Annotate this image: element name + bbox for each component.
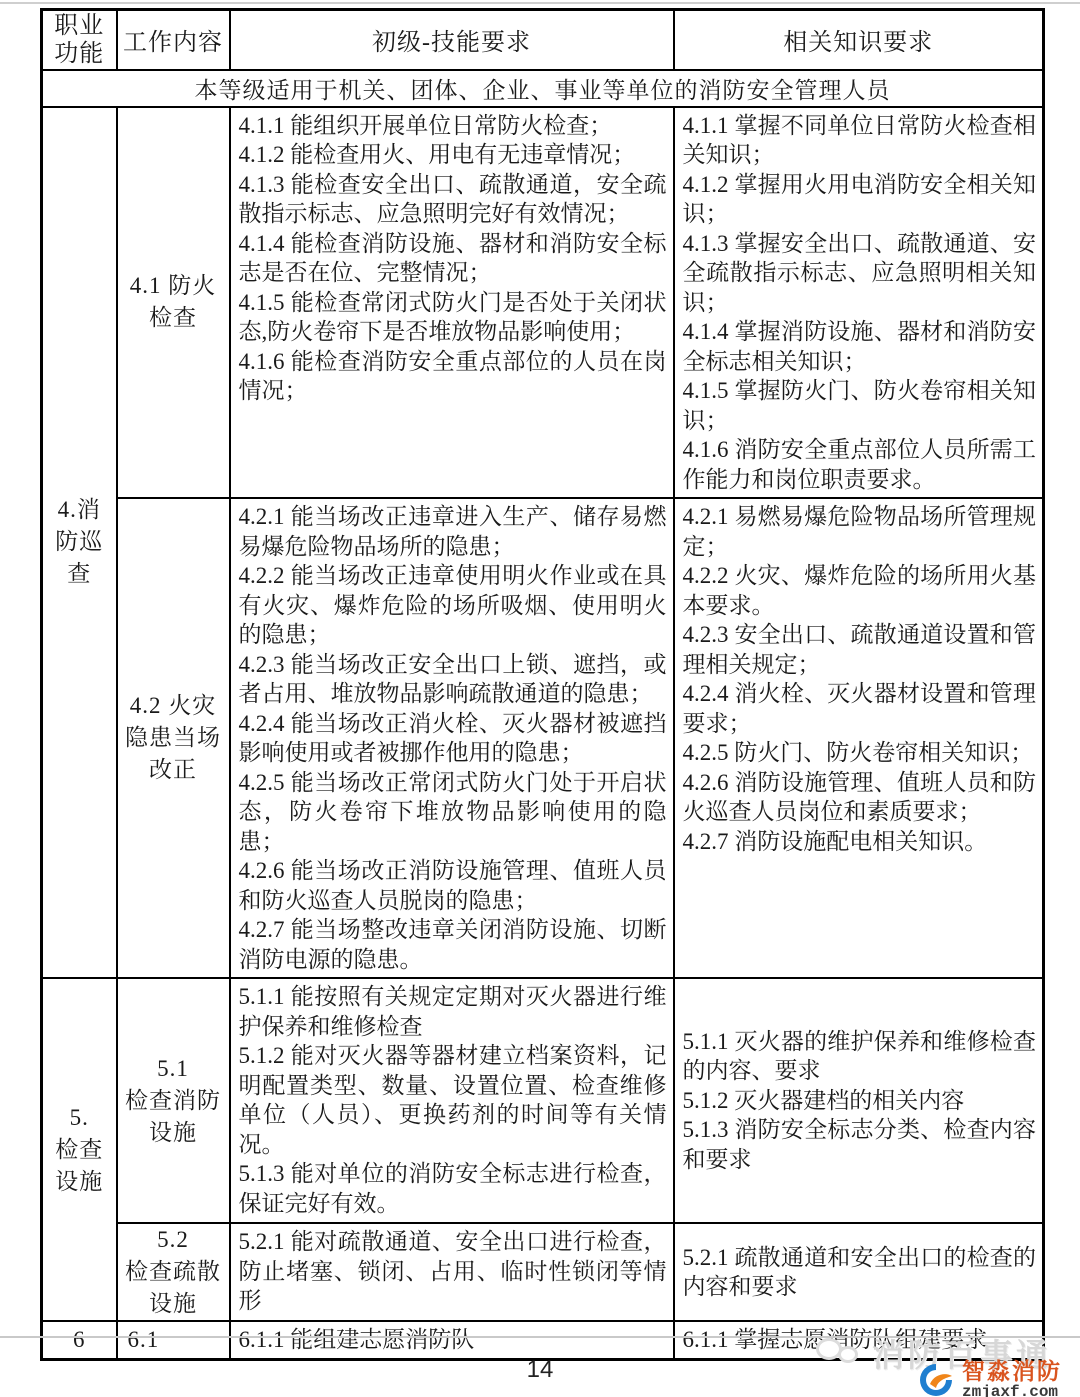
table-row: 4.消 防巡 查 4.1 防火 检查 4.1.1 能组织开展单位日常防火检查；4… xyxy=(42,107,1044,499)
requirement-item: 4.2.6 能当场改正消防设施管理、值班人员和防火巡查人员脱岗的隐患； xyxy=(239,856,667,915)
requirement-item: 5.1.1 能按照有关规定定期对灭火器进行维护保养和维修检查 xyxy=(239,982,667,1041)
requirement-item: 4.2.7 能当场整改违章关闭消防设施、切断消防电源的隐患。 xyxy=(239,915,667,974)
top-divider xyxy=(0,2,1080,4)
requirement-item: 4.2.2 火灾、爆炸危险的场所用火基本要求。 xyxy=(683,561,1037,620)
requirement-item: 4.2.3 能当场改正安全出口上锁、遮挡，或者占用、堆放物品影响疏散通道的隐患； xyxy=(239,650,667,709)
table-row: 4.2 火灾 隐患当场 改正 4.2.1 能当场改正违章进入生产、储存易燃易爆危… xyxy=(42,498,1044,978)
requirement-item: 4.1.2 能检查用火、用电有无违章情况； xyxy=(239,140,667,170)
requirement-item: 4.1.3 掌握安全出口、疏散通道、安全疏散指示标志、应急照明相关知识； xyxy=(683,229,1037,318)
header-skill-requirements: 初级-技能要求 xyxy=(230,10,674,70)
requirement-item: 4.2.1 易燃易爆危险物品场所管理规定； xyxy=(683,502,1037,561)
requirement-item: 4.1.3 能检查安全出口、疏散通道，安全疏散指示标志、应急照明完好有效情况； xyxy=(239,170,667,229)
header-work-content: 工作内容 xyxy=(117,10,230,70)
requirement-item: 5.2.1 疏散通道和安全出口的检查的内容和要求 xyxy=(683,1243,1037,1302)
requirement-item: 4.1.2 掌握用火用电消防安全相关知识； xyxy=(683,170,1037,229)
cell-knowledge-5-1: 5.1.1 灭火器的维护保养和维修检查的内容、要求5.1.2 灭火器建档的相关内… xyxy=(674,978,1044,1223)
cell-work-4-2-hazard-correction: 4.2 火灾 隐患当场 改正 xyxy=(117,498,230,978)
cell-skills-4-1: 4.1.1 能组织开展单位日常防火检查；4.1.2 能检查用火、用电有无违章情况… xyxy=(230,107,674,499)
requirement-item: 4.2.5 能当场改正常闭式防火门处于开启状态，防火卷帘下堆放物品影响使用的隐患… xyxy=(239,768,667,857)
requirement-item: 5.1.3 消防安全标志分类、检查内容和要求 xyxy=(683,1115,1037,1174)
cell-skills-5-1: 5.1.1 能按照有关规定定期对灭火器进行维护保养和维修检查5.1.2 能对灭火… xyxy=(230,978,674,1223)
cell-knowledge-4-2: 4.2.1 易燃易爆危险物品场所管理规定；4.2.2 火灾、爆炸危险的场所用火基… xyxy=(674,498,1044,978)
requirement-item: 4.1.1 掌握不同单位日常防火检查相关知识； xyxy=(683,111,1037,170)
requirement-item: 5.1.1 灭火器的维护保养和维修检查的内容、要求 xyxy=(683,1027,1037,1086)
brand-name: 智淼消防 xyxy=(962,1360,1062,1384)
table-row: 5. 检查 设施 5.1 检查消防 设施 5.1.1 能按照有关规定定期对灭火器… xyxy=(42,978,1044,1223)
requirement-item: 4.2.1 能当场改正违章进入生产、储存易燃易爆危险物品场所的隐患； xyxy=(239,502,667,561)
brand-logo: 智淼消防 zmjaxf.com xyxy=(916,1360,1062,1397)
cell-work-5-2-evacuation-facility-check: 5.2 检查疏散 设施 xyxy=(117,1223,230,1321)
requirement-item: 4.2.4 能当场改正消火栓、灭火器材被遮挡影响使用或者被挪作他用的隐患； xyxy=(239,709,667,768)
qualification-spec-table: 职业 功能 工作内容 初级-技能要求 相关知识要求 本等级适用于机关、团体、企业… xyxy=(40,8,1045,1361)
requirement-item: 4.2.7 消防设施配电相关知识。 xyxy=(683,827,1037,857)
cell-work-4-1-fire-inspection: 4.1 防火 检查 xyxy=(117,107,230,499)
header-knowledge-requirements: 相关知识要求 xyxy=(674,10,1044,70)
applicability-note: 本等级适用于机关、团体、企业、事业等单位的消防安全管理人员 xyxy=(42,70,1044,107)
cell-skills-4-2: 4.2.1 能当场改正违章进入生产、储存易燃易爆危险物品场所的隐患；4.2.2 … xyxy=(230,498,674,978)
requirement-item: 4.2.6 消防设施管理、值班人员和防火巡查人员岗位和素质要求； xyxy=(683,768,1037,827)
requirement-item: 4.1.5 掌握防火门、防火卷帘相关知识； xyxy=(683,376,1037,435)
table-row: 5.2 检查疏散 设施 5.2.1 能对疏散通道、安全出口进行检查，防止堵塞、锁… xyxy=(42,1223,1044,1321)
requirement-item: 4.1.4 能检查消防设施、器材和消防安全标志是否在位、完整情况； xyxy=(239,229,667,288)
brand-url: zmjaxf.com xyxy=(962,1384,1062,1397)
cell-knowledge-5-2: 5.2.1 疏散通道和安全出口的检查的内容和要求 xyxy=(674,1223,1044,1321)
requirement-item: 4.1.6 能检查消防安全重点部位的人员在岗情况； xyxy=(239,347,667,406)
wechat-icon xyxy=(816,1336,864,1370)
requirement-item: 4.1.4 掌握消防设施、器材和消防安全标志相关知识； xyxy=(683,317,1037,376)
requirement-item: 5.2.1 能对疏散通道、安全出口进行检查，防止堵塞、锁闭、占用、临时性锁闭等情… xyxy=(239,1227,667,1316)
requirement-item: 5.1.2 能对灭火器等器材建立档案资料，记明配置类型、数量、设置位置、检查维修… xyxy=(239,1041,667,1159)
requirement-item: 4.1.1 能组织开展单位日常防火检查； xyxy=(239,111,667,141)
applicability-row: 本等级适用于机关、团体、企业、事业等单位的消防安全管理人员 xyxy=(42,70,1044,107)
cell-work-6-1: 6.1 xyxy=(117,1321,230,1359)
requirement-item: 4.1.6 消防安全重点部位人员所需工作能力和岗位职责要求。 xyxy=(683,435,1037,494)
requirement-item: 5.1.3 能对单位的消防安全标志进行检查，保证完好有效。 xyxy=(239,1159,667,1218)
requirement-item: 6.1.1 能组建志愿消防队 xyxy=(239,1325,667,1355)
requirement-item: 4.1.5 能检查常闭式防火门是否处于关闭状态,防火卷帘下是否堆放物品影响使用； xyxy=(239,288,667,347)
requirement-item: 5.1.2 灭火器建档的相关内容 xyxy=(683,1086,1037,1116)
cell-function-4-fire-patrol: 4.消 防巡 查 xyxy=(42,107,117,979)
header-occupational-function: 职业 功能 xyxy=(42,10,117,70)
requirement-item: 4.2.3 安全出口、疏散通道设置和管理相关规定； xyxy=(683,620,1037,679)
requirement-item: 4.2.5 防火门、防火卷帘相关知识； xyxy=(683,738,1037,768)
requirement-item: 4.2.2 能当场改正违章使用明火作业或在具有火灾、爆炸危险的场所吸烟、使用明火… xyxy=(239,561,667,650)
cell-skills-6-1: 6.1.1 能组建志愿消防队 xyxy=(230,1321,674,1359)
zhimiao-logo-icon xyxy=(916,1362,956,1397)
cell-function-5-facility-check: 5. 检查 设施 xyxy=(42,978,117,1321)
table-header-row: 职业 功能 工作内容 初级-技能要求 相关知识要求 xyxy=(42,10,1044,70)
requirement-item: 4.2.4 消火栓、灭火器材设置和管理要求； xyxy=(683,679,1037,738)
cell-skills-5-2: 5.2.1 能对疏散通道、安全出口进行检查，防止堵塞、锁闭、占用、临时性锁闭等情… xyxy=(230,1223,674,1321)
cell-function-6: 6 xyxy=(42,1321,117,1359)
cell-work-5-1-fire-facility-check: 5.1 检查消防 设施 xyxy=(117,978,230,1223)
cell-knowledge-4-1: 4.1.1 掌握不同单位日常防火检查相关知识；4.1.2 掌握用火用电消防安全相… xyxy=(674,107,1044,499)
